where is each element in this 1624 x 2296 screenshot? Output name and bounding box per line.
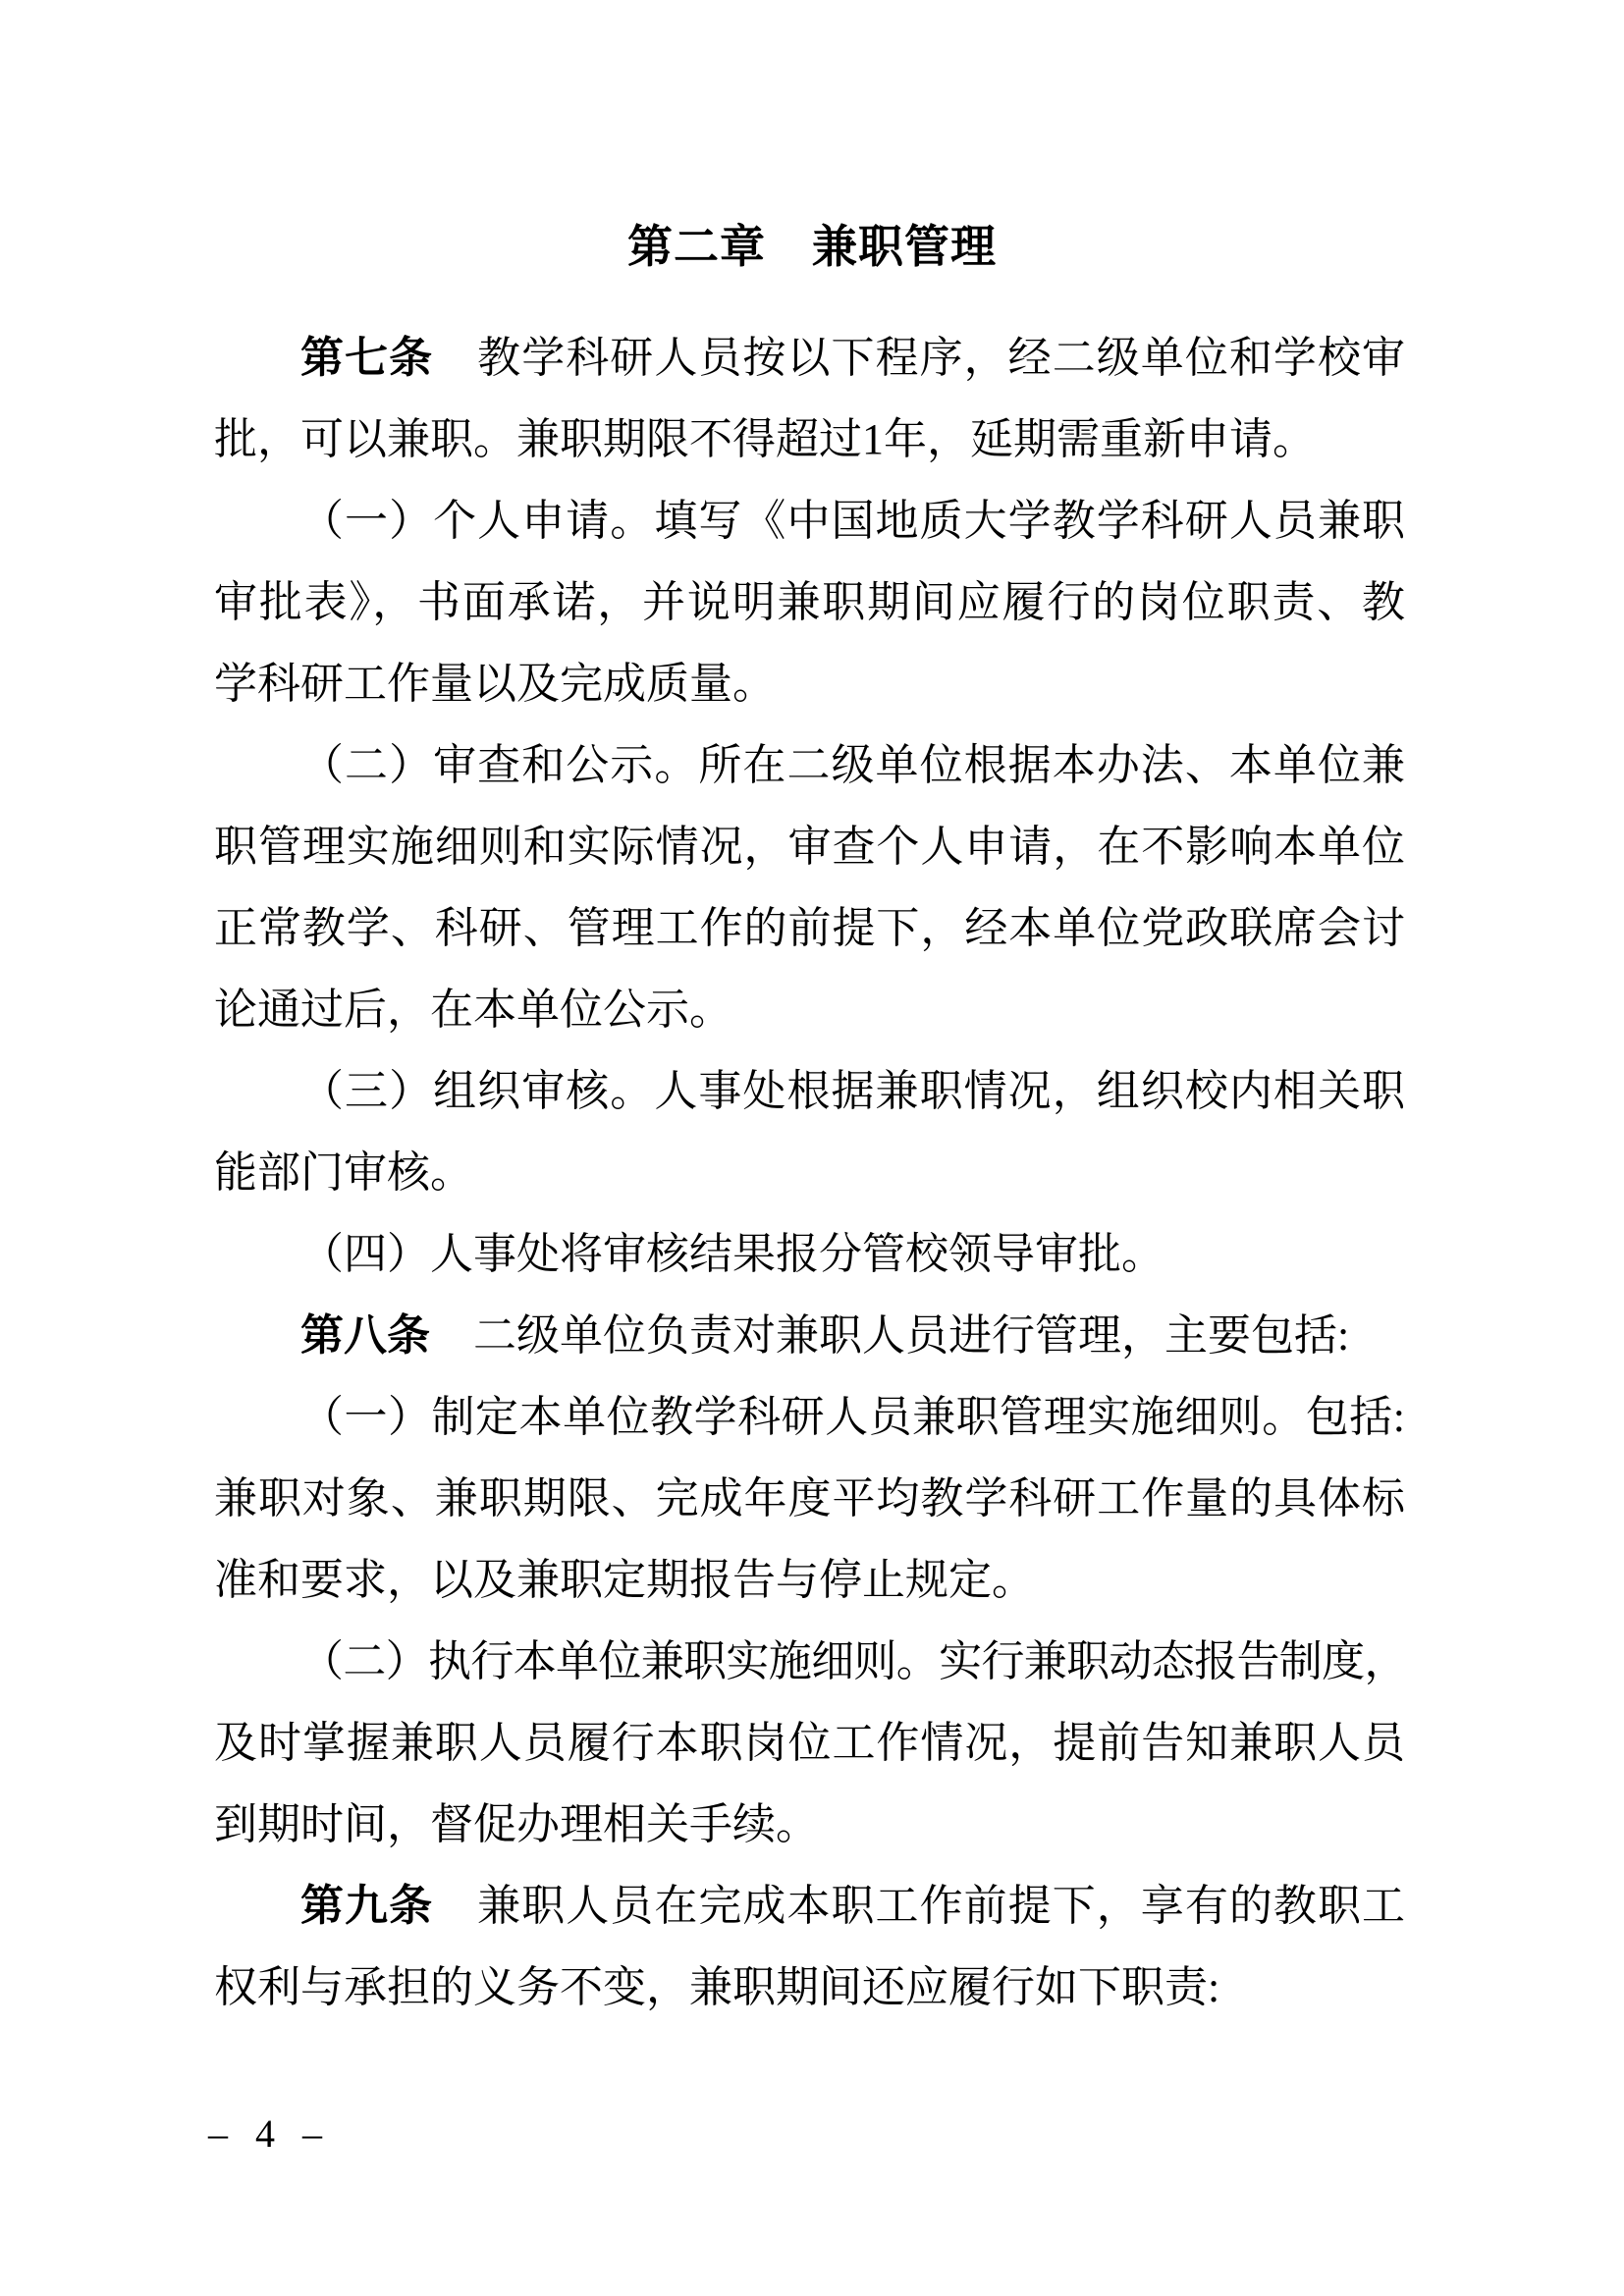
line-text: 准和要求，以及兼职定期报告与停止规定。 xyxy=(214,1556,1035,1604)
line-text: （四）人事处将审核结果报分管校领导审批。 xyxy=(300,1230,1164,1278)
document-page: 第二章 兼职管理 第七条 教学科研人员按以下程序，经二级单位和学校审批，可以兼职… xyxy=(0,0,1624,2296)
text-line: 论通过后，在本单位公示。 xyxy=(214,969,1405,1050)
line-text: 能部门审核。 xyxy=(214,1148,473,1197)
line-text: 职管理实施细则和实际情况，审查个人申请，在不影响本单位 xyxy=(214,823,1405,871)
article-number: 第九条 xyxy=(300,1882,433,1930)
text-line: （三）组织审核。人事处根据兼职情况，组织校内相关职 xyxy=(214,1050,1405,1132)
text-line: 审批表》，书面承诺，并说明兼职期间应履行的岗位职责、教 xyxy=(214,561,1405,643)
text-line: 及时掌握兼职人员履行本职岗位工作情况，提前告知兼职人员 xyxy=(214,1702,1405,1784)
text-line: 职管理实施细则和实际情况，审查个人申请，在不影响本单位 xyxy=(214,806,1405,887)
line-text: 论通过后，在本单位公示。 xyxy=(214,986,732,1034)
line-text: 及时掌握兼职人员履行本职岗位工作情况，提前告知兼职人员 xyxy=(214,1719,1405,1767)
text-line: 第九条 兼职人员在完成本职工作前提下，享有的教职工 xyxy=(214,1865,1405,1947)
text-line: 兼职对象、兼职期限、完成年度平均教学科研工作量的具体标 xyxy=(214,1458,1405,1539)
text-line: 批，可以兼职。兼职期限不得超过1年，延期需重新申请。 xyxy=(214,399,1405,480)
line-text: 兼职人员在完成本职工作前提下，享有的教职工 xyxy=(433,1882,1405,1930)
line-text: 兼职对象、兼职期限、完成年度平均教学科研工作量的具体标 xyxy=(214,1474,1405,1522)
line-text: （一）制定本单位教学科研人员兼职管理实施细则。包括: xyxy=(300,1393,1405,1441)
text-line: 准和要求，以及兼职定期报告与停止规定。 xyxy=(214,1539,1405,1621)
page-number: – 4 – xyxy=(208,2112,331,2156)
line-text: （三）组织审核。人事处根据兼职情况，组织校内相关职 xyxy=(300,1067,1405,1115)
line-text: 教学科研人员按以下程序，经二级单位和学校审 xyxy=(433,334,1405,382)
line-text: 正常教学、科研、管理工作的前提下，经本单位党政联席会讨 xyxy=(214,904,1405,952)
line-text: （一）个人申请。填写《中国地质大学教学科研人员兼职 xyxy=(300,497,1405,545)
line-text: 学科研工作量以及完成质量。 xyxy=(214,660,776,708)
line-text: （二）执行本单位兼职实施细则。实行兼职动态报告制度， xyxy=(300,1637,1405,1685)
text-line: 第七条 教学科研人员按以下程序，经二级单位和学校审 xyxy=(214,317,1405,399)
text-line: （二）执行本单位兼职实施细则。实行兼职动态报告制度， xyxy=(214,1621,1405,1702)
text-line: （四）人事处将审核结果报分管校领导审批。 xyxy=(214,1213,1405,1295)
text-line: （一）制定本单位教学科研人员兼职管理实施细则。包括: xyxy=(214,1376,1405,1458)
text-line: 正常教学、科研、管理工作的前提下，经本单位党政联席会讨 xyxy=(214,887,1405,969)
chapter-title: 第二章 兼职管理 xyxy=(0,222,1624,271)
line-text: 批，可以兼职。兼职期限不得超过1年，延期需重新申请。 xyxy=(214,415,1316,463)
text-line: 能部门审核。 xyxy=(214,1132,1405,1213)
text-line: （二）审查和公示。所在二级单位根据本办法、本单位兼 xyxy=(214,724,1405,806)
text-line: 第八条 二级单位负责对兼职人员进行管理，主要包括: xyxy=(214,1295,1405,1376)
text-line: 到期时间，督促办理相关手续。 xyxy=(214,1784,1405,1865)
line-text: 权利与承担的义务不变，兼职期间还应履行如下职责: xyxy=(214,1963,1219,2011)
line-text: 审批表》，书面承诺，并说明兼职期间应履行的岗位职责、教 xyxy=(214,578,1405,626)
line-text: 到期时间，督促办理相关手续。 xyxy=(214,1800,819,1848)
article-number: 第七条 xyxy=(300,334,433,382)
line-text: 二级单位负责对兼职人员进行管理，主要包括: xyxy=(430,1311,1349,1360)
text-line: （一）个人申请。填写《中国地质大学教学科研人员兼职 xyxy=(214,480,1405,561)
line-text: （二）审查和公示。所在二级单位根据本办法、本单位兼 xyxy=(300,741,1405,789)
text-line: 权利与承担的义务不变，兼职期间还应履行如下职责: xyxy=(214,1947,1405,2028)
document-body: 第七条 教学科研人员按以下程序，经二级单位和学校审批，可以兼职。兼职期限不得超过… xyxy=(214,317,1405,2028)
text-line: 学科研工作量以及完成质量。 xyxy=(214,643,1405,724)
article-number: 第八条 xyxy=(300,1311,430,1360)
